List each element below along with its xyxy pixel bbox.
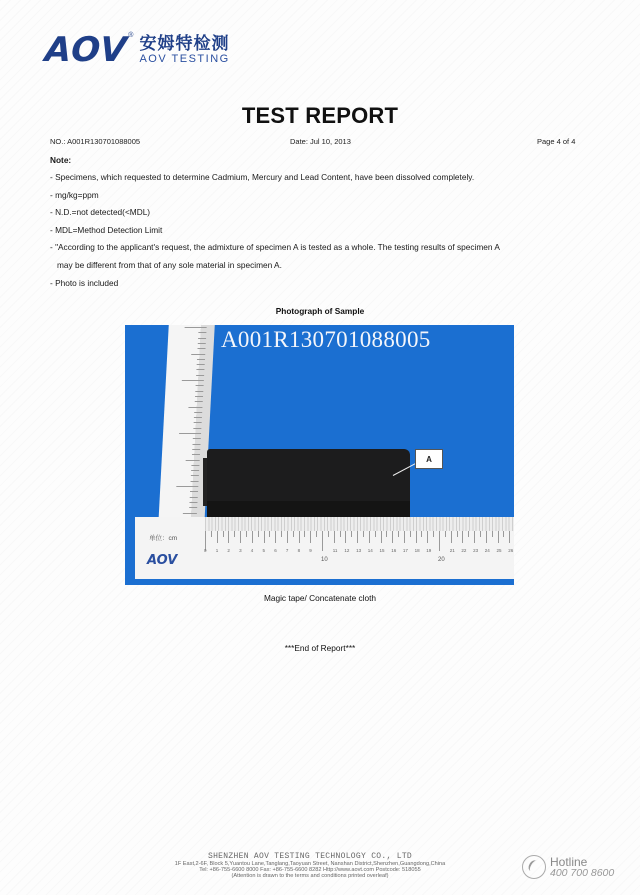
ruler-tick [486, 531, 487, 543]
footer-company: SHENZHEN AOV TESTING TECHNOLOGY CO., LTD [60, 852, 560, 861]
ruler-tick [252, 531, 253, 543]
report-title: TEST REPORT [0, 103, 640, 129]
ruler-tick [195, 401, 203, 402]
ruler-number: 12 [344, 548, 349, 553]
ruler-number: 26 [508, 548, 513, 553]
ruler-tick [457, 531, 458, 537]
ruler-tick [191, 354, 205, 355]
ruler-number: 7 [286, 548, 289, 553]
ruler-number: 6 [274, 548, 277, 553]
ruler-tick [185, 327, 207, 328]
ruler-tick [322, 531, 323, 551]
ruler-tick [439, 531, 440, 551]
ruler-tick [345, 531, 346, 543]
ruler-tick [190, 491, 198, 492]
ruler-tick [234, 531, 235, 537]
ruler-tick [193, 428, 201, 429]
photo-caption: Magic tape/ Concatenate cloth [0, 593, 640, 603]
ruler-tick [492, 531, 493, 537]
ruler-tick [421, 531, 422, 537]
ruler-tick [474, 531, 475, 543]
ruler-number: 1 [216, 548, 219, 553]
footer-attention: (Attention is drawn to the terms and con… [60, 873, 560, 879]
ruler-tick [240, 531, 241, 543]
ruler-tick [191, 470, 199, 471]
ruler-tick [293, 531, 294, 537]
note-line: - Specimens, which requested to determin… [50, 169, 610, 187]
logo-text: 安姆特检测 AOV TESTING [139, 35, 229, 65]
note-line: may be different from that of any sole m… [50, 257, 610, 275]
ruler-tick [351, 531, 352, 537]
ruler-tick [304, 531, 305, 537]
ruler-number: 14 [368, 548, 373, 553]
ruler-tick [197, 348, 205, 349]
ruler-tick [196, 385, 204, 386]
photo-heading: Photograph of Sample [0, 306, 640, 316]
ruler-number: 24 [485, 548, 490, 553]
notes-heading: Note: [50, 155, 610, 165]
ruler-tick [416, 531, 417, 543]
ruler-unit-label: 单位：cm [149, 533, 177, 542]
specimen-magic-tape [207, 449, 410, 519]
ruler-tick [196, 375, 204, 376]
ruler-tick [189, 502, 197, 503]
ruler-number: 17 [403, 548, 408, 553]
ruler-tick [193, 438, 201, 439]
ruler-number: 19 [426, 548, 431, 553]
ruler-number: 13 [356, 548, 361, 553]
ruler-number: 22 [461, 548, 466, 553]
notes-section: Note: - Specimens, which requested to de… [50, 155, 610, 292]
ruler-number: 16 [391, 548, 396, 553]
ruler-tick [188, 407, 202, 408]
ruler-tick [198, 343, 206, 344]
ruler-tick [194, 412, 202, 413]
ruler-tick [228, 531, 229, 543]
logo-mark: AOV [44, 33, 129, 67]
phone-icon [522, 855, 546, 879]
ruler-tick [433, 531, 434, 537]
ruler-tick [197, 364, 205, 365]
ruler-tick [269, 531, 270, 537]
ruler-tick [369, 531, 370, 543]
ruler-tick [328, 531, 329, 537]
ruler-tick [195, 391, 203, 392]
note-line: - "According to the applicant's request,… [50, 239, 610, 257]
ruler-number: 0 [204, 548, 207, 553]
ruler-tick [468, 531, 469, 537]
ruler-tick [186, 460, 200, 461]
ruler-tick [179, 433, 201, 434]
ruler-tick [445, 531, 446, 537]
ruler-tick [427, 531, 428, 543]
logo-english-name: AOV TESTING [139, 54, 229, 65]
ruler-number: 11 [333, 548, 338, 553]
ruler-tick [198, 338, 206, 339]
ruler-tick [246, 531, 247, 537]
ruler-tick [334, 531, 335, 543]
ruler-tick [192, 444, 200, 445]
ruler-tick [392, 531, 393, 543]
company-logo: AOV ® 安姆特检测 AOV TESTING [45, 30, 230, 70]
ruler-number: 25 [497, 548, 502, 553]
ruler-tick [223, 531, 224, 537]
ruler-tick [498, 531, 499, 543]
ruler-tick [198, 332, 206, 333]
ruler-number: 18 [415, 548, 420, 553]
ruler-tick [275, 531, 276, 543]
ruler-tick [316, 531, 317, 537]
ruler-tick [404, 531, 405, 543]
page-indicator: Page 4 of 4 [537, 137, 575, 146]
sample-photograph: A001R130701088005 A 单位：cm AOV 0123456789… [125, 325, 514, 585]
ruler-number: 15 [380, 548, 385, 553]
footer: SHENZHEN AOV TESTING TECHNOLOGY CO., LTD… [60, 852, 560, 880]
ruler-number: 23 [473, 548, 478, 553]
ruler-tick [258, 531, 259, 537]
ruler-tick [217, 531, 218, 543]
ruler-logo: AOV [147, 553, 177, 568]
ruler-tick [310, 531, 311, 543]
ruler-tick [176, 486, 198, 487]
hotline: Hotline 400 700 8600 [522, 855, 614, 879]
ruler-tick [462, 531, 463, 543]
ruler-tick [381, 531, 382, 543]
ruler-tick [194, 417, 202, 418]
ruler-tick [410, 531, 411, 537]
ruler-tick [196, 369, 204, 370]
ruler-number: 10 [321, 557, 328, 563]
ruler-tick [182, 380, 204, 381]
ruler-tick [183, 513, 197, 514]
report-date: Date: Jul 10, 2013 [290, 137, 351, 146]
ruler-tick [191, 465, 199, 466]
ruler-tick [363, 531, 364, 537]
ruler-number: 3 [239, 548, 242, 553]
ruler-tick [191, 481, 199, 482]
end-of-report: ***End of Report*** [0, 643, 640, 653]
ruler-tick [340, 531, 341, 537]
hotline-label: Hotline [550, 856, 614, 868]
ruler-tick [189, 507, 197, 508]
ruler-tick [509, 531, 510, 543]
ruler-tick [299, 531, 300, 543]
ruler-tick [375, 531, 376, 537]
ruler-number: 4 [251, 548, 254, 553]
ruler-tick [197, 359, 205, 360]
sample-id-label: A001R130701088005 [221, 327, 431, 353]
ruler-tick [281, 531, 282, 537]
ruler-tick [190, 497, 198, 498]
ruler-tick [398, 531, 399, 537]
ruler-tick [480, 531, 481, 537]
specimen-label: A [415, 449, 443, 469]
ruler-tick [194, 422, 202, 423]
ruler-number: 20 [438, 557, 445, 563]
horizontal-ruler: 单位：cm AOV 012345678910111213141516171819… [135, 517, 514, 579]
registered-icon: ® [128, 32, 133, 39]
hotline-number: 400 700 8600 [550, 868, 614, 879]
ruler-number: 21 [450, 548, 455, 553]
note-line: - N.D.=not detected(<MDL) [50, 204, 610, 222]
ruler-tick [503, 531, 504, 537]
ruler-tick [357, 531, 358, 543]
note-line: - MDL=Method Detection Limit [50, 222, 610, 240]
note-line: - Photo is included [50, 275, 610, 293]
ruler-tick [451, 531, 452, 543]
ruler-number: 5 [263, 548, 266, 553]
ruler-number: 8 [298, 548, 301, 553]
ruler-number: 9 [309, 548, 312, 553]
report-number: NO.: A001R130701088005 [50, 137, 140, 146]
ruler-tick [191, 475, 199, 476]
note-line: - mg/kg=ppm [50, 187, 610, 205]
ruler-tick [211, 531, 212, 537]
ruler-number: 2 [227, 548, 230, 553]
ruler-tick [192, 449, 200, 450]
ruler-tick [287, 531, 288, 543]
ruler-tick [386, 531, 387, 537]
logo-chinese-name: 安姆特检测 [139, 35, 229, 52]
ruler-tick [195, 396, 203, 397]
ruler-tick [264, 531, 265, 543]
ruler-scale-band [205, 517, 514, 531]
ruler-tick [192, 454, 200, 455]
